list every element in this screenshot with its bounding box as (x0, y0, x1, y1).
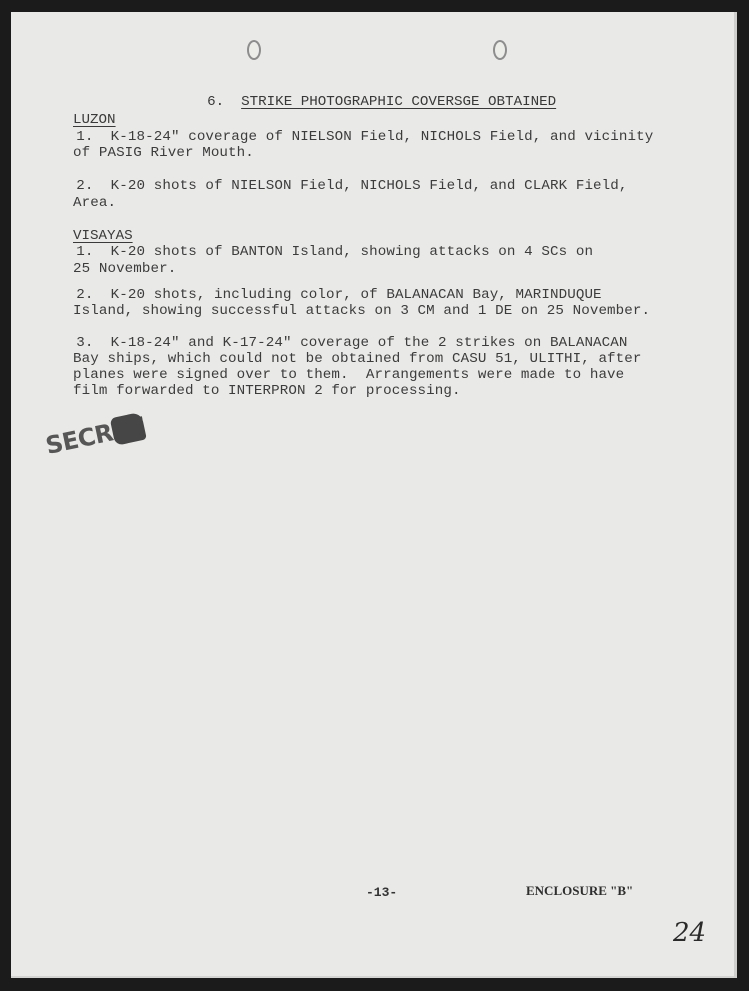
visayas-item-1-line-1: 1. K-20 shots of BANTON Island, showing … (59, 244, 593, 260)
luzon-item-2-line-1: 2. K-20 shots of NIELSON Field, NICHOLS … (59, 178, 628, 194)
visayas-item-2-line-1: 2. K-20 shots, including color, of BALAN… (59, 287, 602, 303)
page-number: -13- (366, 885, 397, 900)
section-number: 6. (207, 94, 224, 110)
luzon-item-1-line-1: 1. K-18-24" coverage of NIELSON Field, N… (59, 129, 653, 145)
handwritten-page-number: 24 (673, 918, 706, 948)
visayas-item-3-line-1: 3. K-18-24" and K-17-24" coverage of the… (59, 335, 628, 351)
luzon-item-1-line-2: of PASIG River Mouth. (73, 145, 254, 161)
document-page: 6. STRIKE PHOTOGRAPHIC COVERSGE OBTAINED… (11, 12, 737, 978)
visayas-item-3-line-4: film forwarded to INTERPRON 2 for proces… (73, 383, 461, 399)
visayas-item-3-line-2: Bay ships, which could not be obtained f… (73, 351, 642, 367)
section-title-text: STRIKE PHOTOGRAPHIC COVERSGE OBTAINED (241, 94, 556, 110)
visayas-item-2-line-2: Island, showing successful attacks on 3 … (73, 303, 650, 319)
stamp-ink-blot: ET (109, 412, 146, 446)
punch-hole-right-icon (493, 40, 507, 60)
stamp-text: SECR (43, 419, 115, 460)
section-title: 6. STRIKE PHOTOGRAPHIC COVERSGE OBTAINED (173, 78, 556, 126)
visayas-item-3-line-3: planes were signed over to them. Arrange… (73, 367, 624, 383)
enclosure-label: ENCLOSURE "B" (526, 883, 633, 899)
group-heading-luzon: LUZON (73, 112, 116, 128)
visayas-item-1-line-2: 25 November. (73, 261, 176, 277)
punch-hole-left-icon (247, 40, 261, 60)
secret-stamp: SECRET (43, 412, 146, 460)
group-heading-visayas: VISAYAS (73, 228, 133, 244)
luzon-item-2-line-2: Area. (73, 195, 116, 211)
